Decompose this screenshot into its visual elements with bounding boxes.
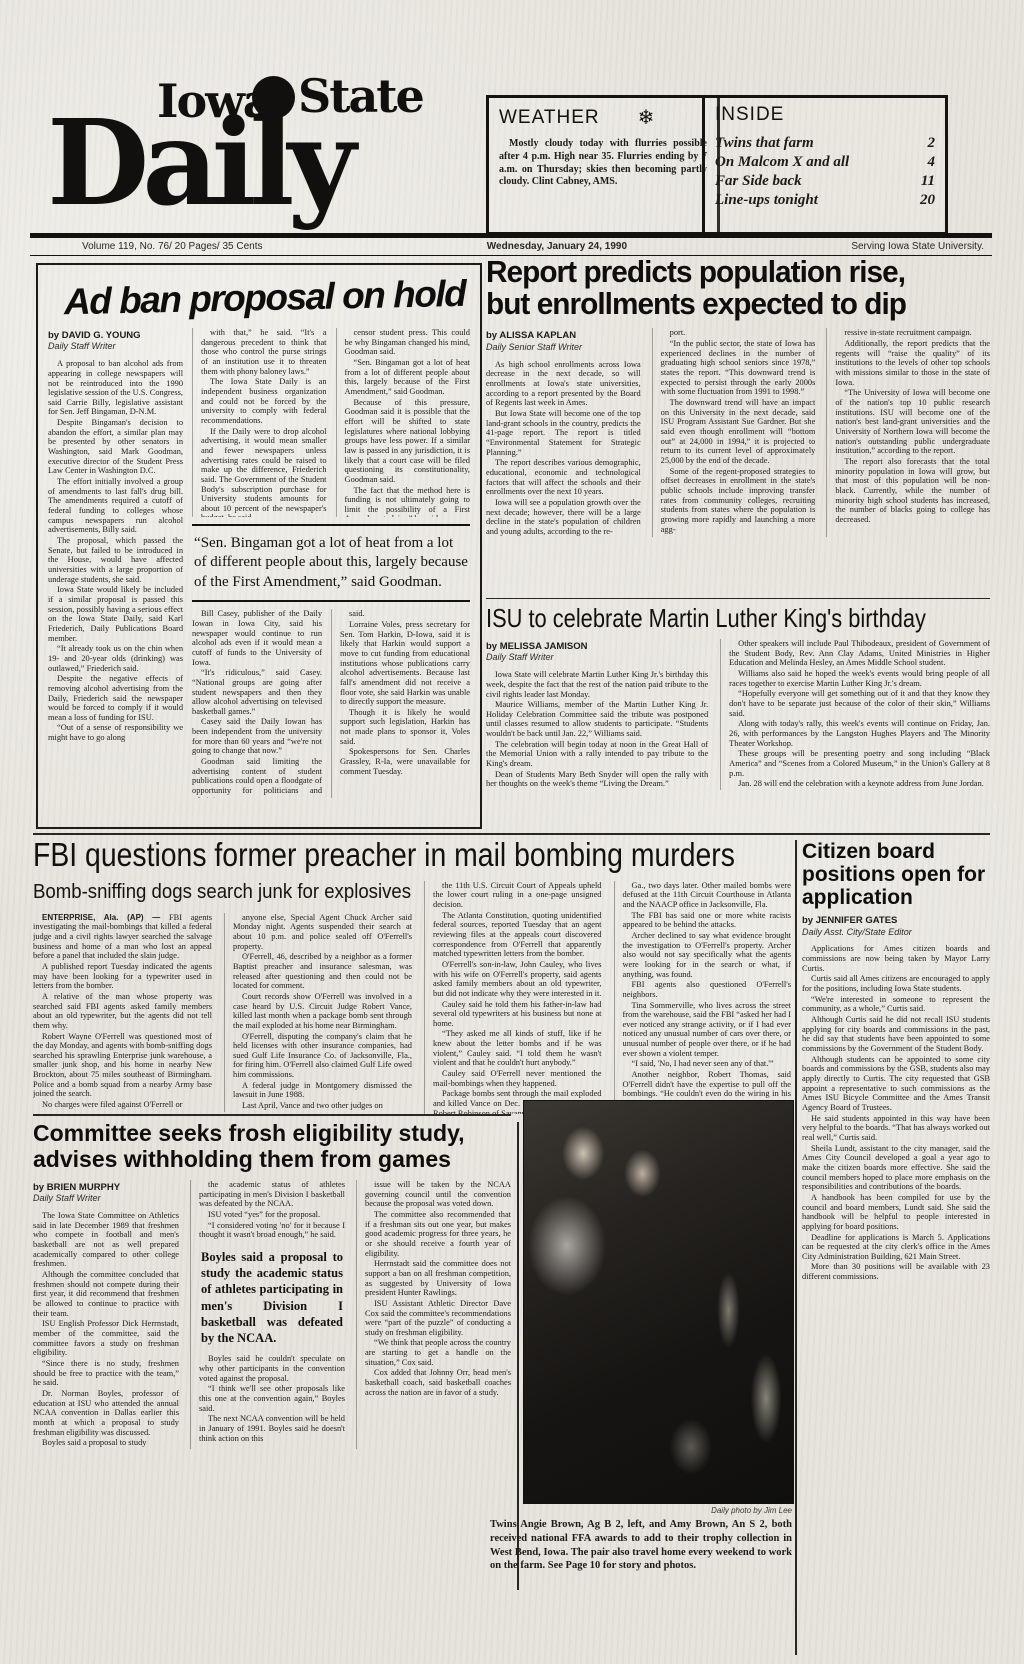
section-divider <box>33 1114 511 1116</box>
inside-items: Twins that farm 2 On Malcom X and all 4 … <box>715 134 935 210</box>
paragraph: Last April, Vance and two other judges o… <box>233 1101 412 1111</box>
inside-box: INSIDE Twins that farm 2 On Malcom X and… <box>702 95 948 235</box>
paragraph: The proposal, which passed the Senate, b… <box>48 536 183 584</box>
paragraph: Bill Casey, publisher of the Daily Iowan… <box>192 609 322 667</box>
article-mlk-birthday: ISU to celebrate Martin Luther King's bi… <box>486 598 990 829</box>
committee-col3: issue will be taken by the NCAA governin… <box>356 1180 511 1449</box>
issue-date: Wednesday, January 24, 1990 <box>487 242 627 252</box>
paragraph: anyone else, Special Agent Chuck Archer … <box>233 913 412 952</box>
mlk-col2: Other speakers will include Paul Thibode… <box>720 639 990 790</box>
paragraph: “I considered voting 'no' for it because… <box>199 1221 345 1240</box>
pull-quote: “Sen. Bingaman got a lot of heat from a … <box>192 524 470 603</box>
inside-item: Line-ups tonight 20 <box>715 191 935 210</box>
inside-item-label: Far Side back <box>715 172 802 191</box>
paragraph: But Iowa State will become one of the to… <box>486 409 641 457</box>
inside-item: Twins that farm 2 <box>715 134 935 153</box>
byline-title: Daily Staff Writer <box>33 1193 179 1204</box>
paragraph: Applications for Ames citizen boards and… <box>802 944 990 973</box>
paragraph: Lorraine Voles, press secretary for Sen.… <box>340 620 470 707</box>
column-text: A published report Tuesday indicated the… <box>33 962 212 1110</box>
paragraph: The Atlanta Constitution, quoting uniden… <box>433 911 602 959</box>
byline-name: by ALISSA KAPLAN <box>486 330 641 341</box>
paragraph: Dr. Norman Boyles, professor of educatio… <box>33 1389 179 1437</box>
paragraph: A handbook has been compiled for use by … <box>802 1193 990 1232</box>
committee-headline: Committee seeks frosh eligibility study,… <box>33 1120 511 1172</box>
paragraph: ressive in-state recruitment campaign. <box>835 328 990 338</box>
byline-name: by DAVID G. YOUNG <box>48 330 183 341</box>
paragraph: the 11th U.S. Circuit Court of Appeals u… <box>433 881 602 910</box>
paragraph: censor student press. This could be why … <box>345 328 470 357</box>
paragraph: Maurice Williams, member of the Martin L… <box>486 700 708 739</box>
paragraph: ISU voted “yes” for the proposal. <box>199 1210 345 1220</box>
paragraph: Tina Sommerville, who lives across the s… <box>623 1001 792 1059</box>
paragraph: FBI agents also questioned O'Ferrell's n… <box>623 980 792 999</box>
committee-headline-line2: advises withholding them from games <box>33 1146 511 1172</box>
paragraph: As high school enrollments across Iowa d… <box>486 360 641 408</box>
fbi-subhead: Bomb-sniffing dogs search junk for explo… <box>33 881 385 903</box>
paragraph: The next NCAA convention will be held in… <box>199 1414 345 1443</box>
ad-ban-col5: said.Lorraine Voles, press secretary for… <box>331 609 470 798</box>
fbi-col1: ENTERPRISE, Ala. (AP) — FBI agents inves… <box>33 913 212 1112</box>
byline-name: by JENNIFER GATES <box>802 915 990 926</box>
weather-title-row: WEATHER ❄ <box>499 105 707 130</box>
paragraph: “It's ridiculous,” said Casey. “National… <box>192 668 322 716</box>
ad-ban-col3: censor student press. This could be why … <box>336 328 470 517</box>
inside-item-page: 11 <box>921 172 935 191</box>
paragraph: The effort initially involved a group of… <box>48 477 183 535</box>
paragraph: If the Daily were to drop alcohol advert… <box>201 427 326 517</box>
newspaper-front-page: Daily Iowa State WEATHER ❄ Mostly cloudy… <box>0 0 1024 1664</box>
paragraph: These groups will be presenting poetry a… <box>729 749 990 778</box>
twins-ffa-photo <box>523 1100 794 1504</box>
column-text: Iowa State will celebrate Martin Luther … <box>486 670 708 789</box>
byline: by DAVID G. YOUNG Daily Staff Writer <box>48 330 183 352</box>
paragraph: Although the committee concluded that fr… <box>33 1270 179 1318</box>
report-headline: Report predicts population rise, but enr… <box>486 256 990 320</box>
inside-item-page: 20 <box>920 191 935 210</box>
ad-ban-lower-columns: Bill Casey, publisher of the Daily Iowan… <box>192 609 470 798</box>
ad-ban-col2: with that,” he said. “It's a dangerous p… <box>192 328 326 517</box>
byline-title: Daily Staff Writer <box>48 341 183 352</box>
article-enrollment-report: Report predicts population rise, but enr… <box>486 256 990 598</box>
paragraph: A published report Tuesday indicated the… <box>33 962 212 991</box>
bold-inset-quote: Boyles said a proposal to study the acad… <box>199 1241 345 1355</box>
report-headline-line1: Report predicts population rise, <box>486 256 970 288</box>
paragraph: Despite Bingaman's decision to abandon t… <box>48 418 183 476</box>
inside-title: INSIDE <box>715 104 784 125</box>
photo-credit: Daily photo by Jim Lee <box>490 1506 792 1516</box>
paragraph: Because of this pressure, Goodman said i… <box>345 398 470 485</box>
mlk-col1: by MELISSA JAMISON Daily Staff Writer Io… <box>486 639 708 790</box>
section-divider <box>33 833 990 835</box>
inside-item-page: 2 <box>928 134 936 153</box>
paragraph: Spokespersons for Sen. Charles Grassley,… <box>340 747 470 776</box>
paragraph: Iowa State would likely be included if a… <box>48 585 183 643</box>
paragraph: Archer declined to say what evidence bro… <box>623 931 792 979</box>
paragraph: The downward trend will have an impact o… <box>661 398 816 466</box>
byline-title: Daily Asst. City/State Editor <box>802 927 990 938</box>
column-text: Boyles said he couldn't speculate on why… <box>199 1354 345 1443</box>
byline-title: Daily Senior Staff Writer <box>486 342 641 353</box>
committee-headline-line1: Committee seeks frosh eligibility study, <box>33 1120 511 1146</box>
paragraph: “They asked me all kinds of stuff, like … <box>433 1029 602 1068</box>
photo-caption: Twins Angie Brown, Ag B 2, left, and Amy… <box>490 1518 792 1573</box>
article-ad-ban: Ad ban proposal on hold by DAVID G. YOUN… <box>36 263 482 829</box>
article-fbi-mail-bombing: FBI questions former preacher in mail bo… <box>33 838 791 1114</box>
paragraph: Ga., two days later. Other mailed bombs … <box>623 881 792 910</box>
ad-ban-body: by DAVID G. YOUNG Daily Staff Writer A p… <box>48 328 470 798</box>
paragraph: “It already took us on the chin when 19-… <box>48 644 183 673</box>
paragraph: Although Curtis said he did not recall I… <box>802 1015 990 1054</box>
column-text: A proposal to ban alcohol ads from appea… <box>48 359 183 743</box>
paragraph: The report also forecasts that the total… <box>835 457 990 525</box>
paragraph: Though it is likely he would support suc… <box>340 708 470 747</box>
paragraph: “Hopefully everyone will get something o… <box>729 689 990 718</box>
paragraph: A proposal to ban alcohol ads from appea… <box>48 359 183 417</box>
paragraph: Sheila Lundt, assistant to the city mana… <box>802 1144 990 1192</box>
inside-item-label: On Malcom X and all <box>715 153 849 172</box>
mlk-columns: by MELISSA JAMISON Daily Staff Writer Io… <box>486 639 990 790</box>
paragraph: “In the public sector, the state of Iowa… <box>661 339 816 397</box>
paragraph: Boyles said a proposal to study <box>33 1438 179 1448</box>
ad-ban-headline: Ad ban proposal on hold <box>64 275 471 320</box>
citizen-column: Applications for Ames citizen boards and… <box>802 944 990 1281</box>
mlk-headline: ISU to celebrate Martin Luther King's bi… <box>486 605 909 631</box>
paragraph: “The University of Iowa will become one … <box>835 388 990 456</box>
masthead-logo: Daily Iowa State <box>45 78 485 230</box>
paragraph: O'Ferrell's son-in-law, John Cauley, who… <box>433 960 602 999</box>
paragraph: the academic status of athletes particip… <box>199 1180 345 1209</box>
fbi-right-half: the 11th U.S. Circuit Court of Appeals u… <box>424 881 791 1114</box>
paragraph: said. <box>340 609 470 619</box>
paragraph: Cauley said he told them his father-in-l… <box>433 1000 602 1029</box>
paragraph: Boyles said he couldn't speculate on why… <box>199 1354 345 1383</box>
paragraph: Curtis said all Ames citizens are encour… <box>802 974 990 993</box>
paragraph: The Iowa State Daily is an independent b… <box>201 377 326 425</box>
paragraph: O'Ferrell, disputing the company's claim… <box>233 1032 412 1080</box>
fbi-headline: FBI questions former preacher in mail bo… <box>33 838 685 873</box>
report-col2: port.“In the public sector, the state of… <box>652 328 816 537</box>
report-col3: ressive in-state recruitment campaign.Ad… <box>826 328 990 537</box>
paragraph: Jan. 28 will end the celebration with a … <box>729 779 990 789</box>
inside-item: On Malcom X and all 4 <box>715 153 935 172</box>
paragraph: A relative of the man whose property was… <box>33 992 212 1031</box>
column-text: As high school enrollments across Iowa d… <box>486 360 641 537</box>
paragraph: port. <box>661 328 816 338</box>
ad-ban-right-region: with that,” he said. “It's a dangerous p… <box>192 328 470 798</box>
dateline-row: Volume 119, No. 76/ 20 Pages/ 35 Cents W… <box>30 238 992 256</box>
paragraph: ISU English Professor Dick Herrnstadt, m… <box>33 1319 179 1358</box>
byline-title: Daily Staff Writer <box>486 652 708 663</box>
report-col1: by ALISSA KAPLAN Daily Senior Staff Writ… <box>486 328 641 537</box>
column-text: The Iowa State Committee on Athletics sa… <box>33 1211 179 1448</box>
article-frosh-eligibility: Committee seeks frosh eligibility study,… <box>33 1120 511 1660</box>
weather-title: WEATHER <box>499 108 600 127</box>
ad-ban-col4: Bill Casey, publisher of the Daily Iowan… <box>192 609 322 798</box>
paragraph: More than 30 positions will be available… <box>802 1262 990 1281</box>
byline-name: by BRIEN MURPHY <box>33 1182 179 1193</box>
paragraph: Although students can be appointed to so… <box>802 1055 990 1113</box>
fbi-left-half: Bomb-sniffing dogs search junk for explo… <box>33 881 412 1114</box>
paragraph: He said students appointed in this way h… <box>802 1114 990 1143</box>
inside-item-label: Twins that farm <box>715 134 814 153</box>
paragraph: Additionally, the report predicts that t… <box>835 339 990 387</box>
snowflake-icon: ❄ <box>638 105 655 130</box>
paragraph: The FBI has said one or more white racis… <box>623 911 792 930</box>
paragraph: Casey said the Daily Iowan has been inde… <box>192 717 322 756</box>
paragraph: Other speakers will include Paul Thibode… <box>729 639 990 668</box>
paragraph: “Sen. Bingaman got a lot of heat from a … <box>345 358 470 397</box>
fbi-left-columns: ENTERPRISE, Ala. (AP) — FBI agents inves… <box>33 913 412 1112</box>
column-text: the academic status of athletes particip… <box>199 1180 345 1240</box>
citizen-headline: Citizen board positions open for applica… <box>802 840 990 909</box>
paragraph: The celebration will begin today at noon… <box>486 740 708 769</box>
paragraph: “Out of a sense of responsibility we mig… <box>48 723 183 742</box>
paragraph: Williams also said he hoped the week's e… <box>729 669 990 688</box>
paragraph: with that,” he said. “It's a dangerous p… <box>201 328 326 376</box>
paragraph: Iowa will see a population growth over t… <box>486 498 641 537</box>
paragraph: Robert Wayne O'Ferrell was questioned mo… <box>33 1032 212 1100</box>
dateline-bar: Volume 119, No. 76/ 20 Pages/ 35 Cents W… <box>30 233 992 256</box>
paragraph: Despite the negative effects of removing… <box>48 674 183 722</box>
article-citizen-boards: Citizen board positions open for applica… <box>802 840 990 1658</box>
inside-item-page: 4 <box>928 153 936 172</box>
paragraph: Dean of Students Mary Beth Snyder will o… <box>486 770 708 789</box>
paragraph: “I think we'll see other proposals like … <box>199 1384 345 1413</box>
news-photo-figure: Daily photo by Jim Lee Twins Angie Brown… <box>490 1100 792 1573</box>
ad-ban-col1: by DAVID G. YOUNG Daily Staff Writer A p… <box>48 328 183 798</box>
ap-dateline: ENTERPRISE, Ala. (AP) — <box>42 913 169 922</box>
paragraph: “Since there is no study, freshmen shoul… <box>33 1359 179 1388</box>
committee-col1: by BRIEN MURPHY Daily Staff Writer The I… <box>33 1180 179 1449</box>
column-divider <box>795 840 797 1655</box>
paragraph: A federal judge in Montgomery dismissed … <box>233 1081 412 1100</box>
report-headline-line2: but enrollments expected to dip <box>486 288 970 320</box>
committee-columns: by BRIEN MURPHY Daily Staff Writer The I… <box>33 1180 511 1449</box>
paragraph: “I said, 'No, I had never seen any of th… <box>623 1059 792 1069</box>
byline: by JENNIFER GATES Daily Asst. City/State… <box>802 915 990 937</box>
paragraph: Some of the regent-proposed strategies t… <box>661 467 816 535</box>
fbi-col3: the 11th U.S. Circuit Court of Appeals u… <box>424 881 602 1114</box>
paragraph: Along with today's rally, this week's ev… <box>729 719 990 748</box>
paragraph: The fact that the method here is funding… <box>345 486 470 517</box>
inside-item: Far Side back 11 <box>715 172 935 191</box>
ad-ban-upper-columns: with that,” he said. “It's a dangerous p… <box>192 328 470 517</box>
paragraph: Cauley said O'Ferrell never mentioned th… <box>433 1069 602 1088</box>
paragraph: The Iowa State Committee on Athletics sa… <box>33 1211 179 1269</box>
byline: by ALISSA KAPLAN Daily Senior Staff Writ… <box>486 330 641 352</box>
committee-col2: the academic status of athletes particip… <box>190 1180 345 1449</box>
paragraph: The report describes various demographic… <box>486 458 641 497</box>
fbi-body: Bomb-sniffing dogs search junk for explo… <box>33 881 791 1114</box>
paragraph: Iowa State will celebrate Martin Luther … <box>486 670 708 699</box>
paragraph: Deadline for applications is March 5. Ap… <box>802 1233 990 1262</box>
report-columns: by ALISSA KAPLAN Daily Senior Staff Writ… <box>486 328 990 537</box>
volume-info: Volume 119, No. 76/ 20 Pages/ 35 Cents <box>82 242 263 252</box>
weather-text: Mostly cloudy today with flurries possib… <box>499 138 707 189</box>
fbi-col2: anyone else, Special Agent Chuck Archer … <box>224 913 412 1112</box>
masthead-dot-icon <box>252 76 295 119</box>
byline-name: by MELISSA JAMISON <box>486 641 708 652</box>
fbi-lede: ENTERPRISE, Ala. (AP) — FBI agents inves… <box>33 913 212 961</box>
byline: by MELISSA JAMISON Daily Staff Writer <box>486 641 708 663</box>
paragraph: Court records show O'Ferrell was involve… <box>233 992 412 1031</box>
inside-item-label: Line-ups tonight <box>715 191 818 210</box>
byline: by BRIEN MURPHY Daily Staff Writer <box>33 1182 179 1204</box>
fbi-col4: Ga., two days later. Other mailed bombs … <box>614 881 792 1114</box>
paragraph: No charges were filed against O'Ferrell … <box>33 1100 212 1110</box>
paragraph: Goodman said limiting the advertising co… <box>192 757 322 798</box>
masthead-state: State <box>298 73 423 119</box>
paragraph: “We're interested in someone to represen… <box>802 995 990 1014</box>
paragraph: O'Ferrell, 46, described by a neighbor a… <box>233 952 412 991</box>
tagline: Serving Iowa State University. <box>851 242 984 252</box>
weather-box: WEATHER ❄ Mostly cloudy today with flurr… <box>486 95 720 235</box>
